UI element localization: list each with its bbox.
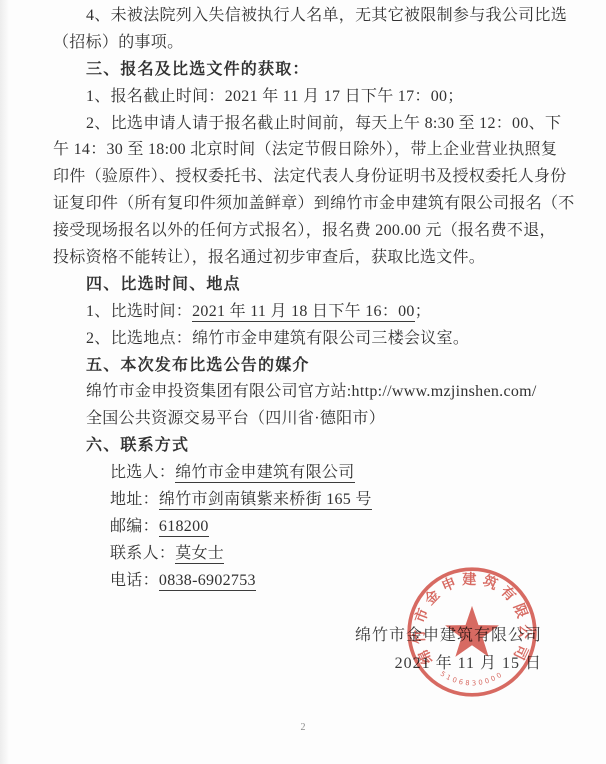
contact-value: 莫女士 <box>175 545 224 564</box>
document-body: 4、未被法院列入失信被执行人名单，无其它被限制参与我公司比选 （招标）的事项。 … <box>53 3 555 595</box>
section3-item2-line1: 2、比选申请人请于报名截止时间前，每天上午 8:30 至 12：00、下 <box>53 111 555 138</box>
section4-item1-label: 1、比选时间： <box>86 303 192 320</box>
contact-label: 比选人： <box>110 464 175 481</box>
scan-edge-shadow <box>0 0 9 764</box>
contact-label: 电话： <box>110 572 159 589</box>
section3-item2-line5: 接受现场报名以外的任何方式报名），报名费 200.00 元（报名费不退， <box>53 218 555 245</box>
section4-item2: 2、比选地点：绵竹市金申建筑有限公司三楼会议室。 <box>53 326 555 353</box>
contact-value: 绵竹市剑南镇紫来桥街 165 号 <box>159 491 372 510</box>
clause4-line2: （招标）的事项。 <box>53 30 555 57</box>
section6-heading: 六、联系方式 <box>53 433 555 460</box>
section3-item1: 1、报名截止时间：2021 年 11 月 17 日下午 17：00； <box>53 84 555 111</box>
section3-item2-line2: 午 14：30 至 18:00 北京时间（法定节假日除外），带上企业营业执照复 <box>53 137 555 164</box>
contact-row-address: 地址：绵竹市剑南镇紫来桥街 165 号 <box>53 487 555 514</box>
clause4-line1: 4、未被法院列入失信被执行人名单，无其它被限制参与我公司比选 <box>53 3 555 30</box>
document-page: 4、未被法院列入失信被执行人名单，无其它被限制参与我公司比选 （招标）的事项。 … <box>0 0 606 764</box>
contact-value: 618200 <box>159 518 209 537</box>
contact-label: 邮编： <box>110 518 159 535</box>
contact-value: 绵竹市金申建筑有限公司 <box>175 464 354 483</box>
section5-media-line2: 全国公共资源交易平台（四川省·德阳市） <box>53 406 555 433</box>
contact-row-bixuanren: 比选人：绵竹市金申建筑有限公司 <box>53 460 555 487</box>
section5-heading: 五、本次发布比选公告的媒介 <box>53 353 555 380</box>
section3-item2-line6: 投标资格不能转让），报名通过初步审查后，获取比选文件。 <box>53 245 555 272</box>
section4-item1: 1、比选时间：2021 年 11 月 18 日下午 16：00； <box>53 299 555 326</box>
contact-label: 地址： <box>110 491 159 508</box>
contact-label: 联系人： <box>110 545 175 562</box>
seal-code: 5106830000 <box>439 670 505 688</box>
contact-value: 0838-6902753 <box>159 572 256 591</box>
company-seal-graphic: 绵竹市金申建筑有限公司 5106830000 <box>405 565 539 699</box>
contact-row-person: 联系人：莫女士 <box>53 541 555 568</box>
company-seal: 绵竹市金申建筑有限公司 5106830000 <box>405 565 539 699</box>
section3-heading: 三、报名及比选文件的获取： <box>53 57 555 84</box>
section4-item1-suffix: ； <box>415 303 431 320</box>
seal-code-holder: 5106830000 <box>439 670 505 688</box>
seal-star-icon <box>445 606 499 657</box>
page-number: 2 <box>0 722 606 733</box>
section3-item2-line4: 证复印件（所有复印件须加盖鲜章）到绵竹市金申建筑有限公司报名（不 <box>53 191 555 218</box>
section5-media-line1: 绵竹市金申投资集团有限公司官方站:http://www.mzjinshen.co… <box>53 379 555 406</box>
contact-row-postcode: 邮编：618200 <box>53 514 555 541</box>
section4-heading: 四、比选时间、地点 <box>53 272 555 299</box>
section3-item2-line3: 印件（验原件）、授权委托书、法定代表人身份证明书及授权委托人身份 <box>53 164 555 191</box>
bixuan-time-value: 2021 年 11 月 18 日下午 16：00 <box>192 303 415 322</box>
